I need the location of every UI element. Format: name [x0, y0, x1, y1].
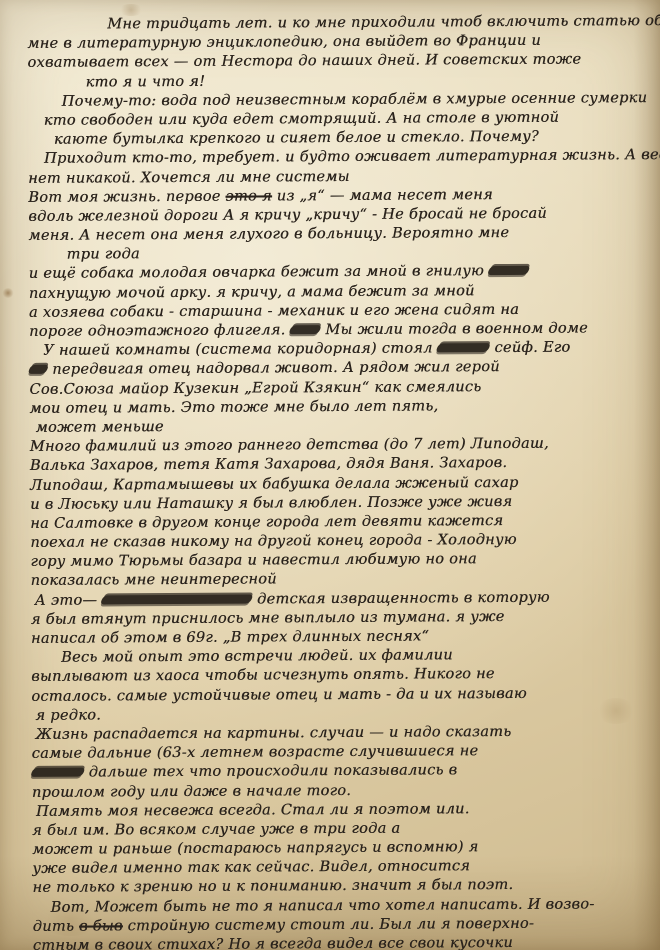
ink-scribble [27, 365, 49, 374]
manuscript-text: Мне тридцать лет. и ко мне приходили что… [27, 12, 653, 950]
manuscript-page: Мне тридцать лет. и ко мне приходили что… [0, 0, 660, 950]
ink-scribble [436, 343, 492, 352]
text-run: сейф. Его [490, 340, 571, 356]
text-run: дальше тех что происходили показывались … [84, 763, 458, 781]
text-run: самые дальние (63-х летнем возрасте случ… [32, 743, 479, 762]
ink-scribble [100, 594, 254, 604]
text-run: уже видел именно так как сейчас. Видел, … [32, 858, 470, 877]
text-run: пороге одноэтажного флигеля. [29, 322, 290, 340]
text-run: я был им. Во всяком случае уже в три год… [32, 821, 400, 839]
text-run: кто свободен или куда едет смотрящий. А … [44, 110, 559, 129]
text-run: я был втянут приснилось мне выплыло из т… [31, 609, 505, 628]
text-run: может и раньше (постараюсь напрягусь и в… [32, 839, 478, 858]
text-run: кто я и что я! [85, 73, 205, 90]
text-run: нет никакой. Хочется ли мне системы [28, 168, 350, 186]
text-run: прошлом году или даже в начале того. [32, 782, 351, 800]
text-run: мне в литературную энциклопедию, она вый… [27, 33, 541, 52]
ink-scribble [487, 266, 531, 275]
text-run: из „я“ — мама несет меня [272, 187, 493, 204]
ink-scribble [288, 325, 322, 334]
text-run: написал об этом в 69г. „В трех длинных п… [31, 628, 429, 646]
paper-stain [2, 288, 14, 298]
text-run: мои отец и мать. Это тоже мне было лет п… [29, 398, 438, 416]
text-run: я редко. [35, 707, 101, 723]
text-run: Почему-то: вода под неизвестным кораблём… [62, 90, 648, 110]
text-run: охватывает всех — от Нестора до наших дн… [27, 52, 581, 71]
manuscript-line: Приходит кто-то, требует. и будто оживае… [28, 146, 648, 169]
text-run: У нашей комнаты (система коридорная) сто… [43, 341, 437, 359]
text-run: и ещё собака молодая овчарка бежит за мн… [29, 264, 489, 283]
manuscript-line: Мне тридцать лет. и ко мне приходили что… [27, 12, 647, 35]
manuscript-line: кто свободен или куда едет смотрящий. А … [28, 108, 648, 131]
text-run: вдоль железной дороги А я кричу „кричу“ … [28, 206, 547, 225]
text-run: Весь мой опыт это встречи людей. их фами… [61, 648, 453, 666]
text-run: Сов.Союза майор Кузекин „Егрой Кзякин“ к… [29, 379, 481, 398]
text-run: поехал не сказав никому на другой конец … [30, 532, 516, 551]
text-run: на Салтовке в другом конце города лет де… [30, 513, 503, 532]
manuscript-line: охватывает всех — от Нестора до наших дн… [27, 50, 647, 73]
text-run: дить [33, 918, 79, 934]
text-run: Память моя несвежа всегда. Стал ли я поэ… [36, 801, 470, 820]
text-run: пахнущую мочой арку. я кричу, а мама беж… [29, 283, 475, 302]
text-run: показалась мне неинтересной [31, 572, 277, 590]
text-run: Липодаш, Картамышевы их бабушка делала ж… [30, 474, 519, 493]
text-run: стным в своих стихах? Но я всегда видел … [33, 935, 513, 950]
manuscript-line: стным в своих стихах? Но я всегда видел … [33, 933, 653, 950]
text-run: выплывают из хаоса чтобы исчезнуть опять… [31, 666, 495, 685]
text-run: может меньше [36, 419, 164, 436]
text-run: Приходит кто-то, требует. и будто оживае… [44, 147, 660, 167]
text-run: три года [67, 246, 140, 262]
text-run: А это— [35, 592, 103, 608]
text-run: каюте бутылка крепкого и сияет белое и с… [54, 129, 539, 148]
text-run: Жизнь распадается на картины. случаи — и… [35, 724, 511, 743]
text-run: осталось. самые устойчивые отец и мать -… [31, 685, 527, 704]
struck-text: это я [225, 188, 271, 204]
text-run: гору мимо Тюрьмы базара и навестил любим… [30, 551, 477, 570]
text-run: Мы жили тогда в военном доме [320, 320, 588, 338]
text-run: передвигая отец надорвал живот. А рядом … [47, 359, 500, 378]
text-run: Много фамилий из этого раннего детства (… [30, 436, 549, 455]
struck-text: в быв [79, 918, 123, 934]
text-run: меня. А несет она меня глухого в больниц… [28, 225, 509, 244]
text-run: Вот моя жизнь. первое [28, 188, 225, 205]
manuscript-line: Вот, Может быть не то я написал что хоте… [33, 895, 653, 918]
paper-stain [118, 4, 144, 16]
text-run: стройную систему стоит ли. Был ли я пове… [123, 916, 535, 935]
text-run: Валька Захаров, тетя Катя Захарова, дядя… [30, 455, 507, 474]
text-run: а хозяева собаки - старшина - механик и … [29, 302, 519, 321]
text-run: не только к зрению но и к пониманию. зна… [32, 877, 513, 896]
text-run: Вот, Может быть не то я написал что хоте… [51, 896, 595, 915]
ink-scribble [30, 768, 86, 777]
text-run: и в Люську или Наташку я был влюблен. По… [30, 494, 512, 513]
text-run: Мне тридцать лет. и ко мне приходили что… [107, 13, 660, 32]
text-run: детская извращенность в которую [252, 589, 550, 607]
